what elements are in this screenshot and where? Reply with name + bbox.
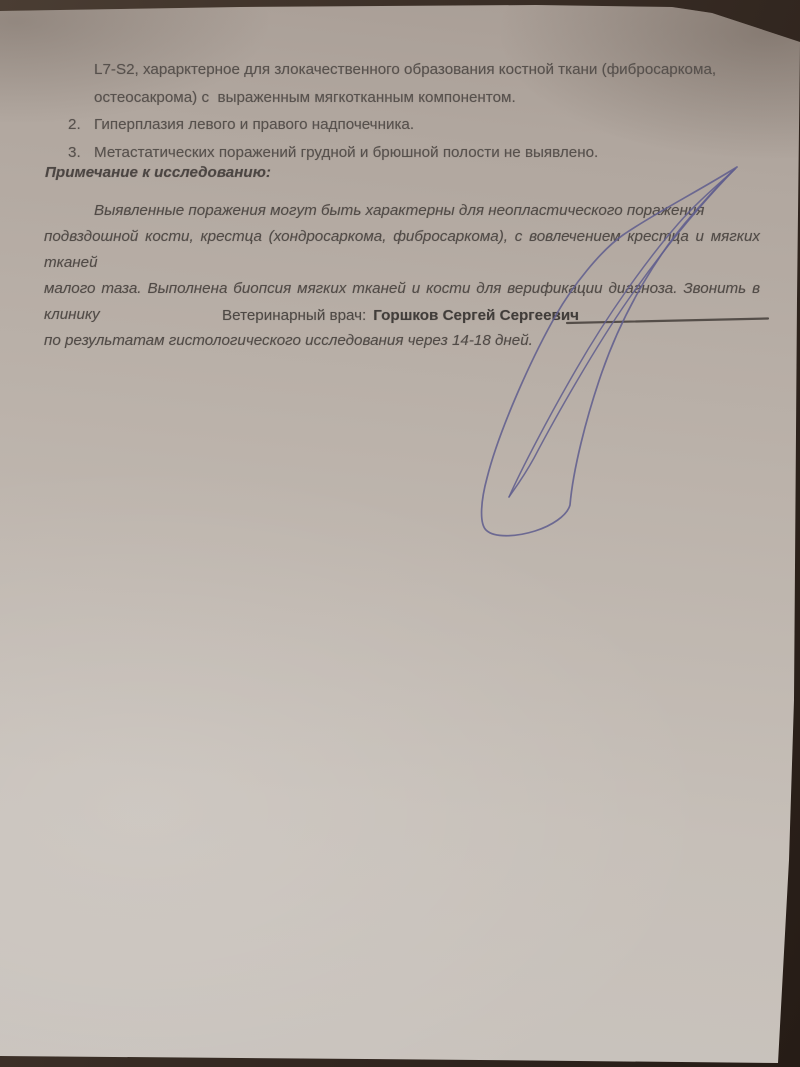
- note-line: по результатам гистологического исследов…: [44, 328, 760, 354]
- finding-text: L7-S2, харарктерное для злокачественного…: [94, 56, 728, 84]
- finding-text: остеосакрома) с выраженным мягкотканным …: [94, 84, 728, 112]
- finding-item: L7-S2, харарктерное для злокачественного…: [68, 56, 728, 84]
- finding-number: [68, 84, 94, 112]
- veterinarian-name: Горшков Сергей Сергеевич: [373, 307, 579, 324]
- finding-text: Гиперплазия левого и правого надпочечник…: [94, 111, 728, 139]
- report-content: L7-S2, харарктерное для злокачественного…: [0, 0, 800, 1067]
- photo-backdrop: L7-S2, харарктерное для злокачественного…: [0, 0, 800, 1067]
- note-paragraph: Выявленные поражения могут быть характер…: [44, 198, 760, 354]
- note-heading: Примечание к исследованию:: [45, 164, 271, 181]
- finding-number: [68, 56, 94, 84]
- signature-row: Ветеринарный врач:Горшков Сергей Сергеев…: [222, 307, 579, 324]
- finding-text: Метастатических поражений грудной и брюш…: [94, 139, 728, 167]
- finding-item: остеосакрома) с выраженным мягкотканным …: [68, 84, 728, 112]
- veterinarian-label: Ветеринарный врач:: [222, 307, 366, 324]
- note-line: подвздошной кости, крестца (хондросарком…: [44, 224, 760, 276]
- note-line: Выявленные поражения могут быть характер…: [94, 198, 760, 224]
- finding-item: 2. Гиперплазия левого и правого надпочеч…: [68, 111, 728, 139]
- finding-item: 3. Метастатических поражений грудной и б…: [68, 139, 728, 167]
- finding-number: 2.: [68, 111, 94, 139]
- findings-list: L7-S2, харарктерное для злокачественного…: [68, 56, 728, 166]
- finding-number: 3.: [68, 139, 94, 167]
